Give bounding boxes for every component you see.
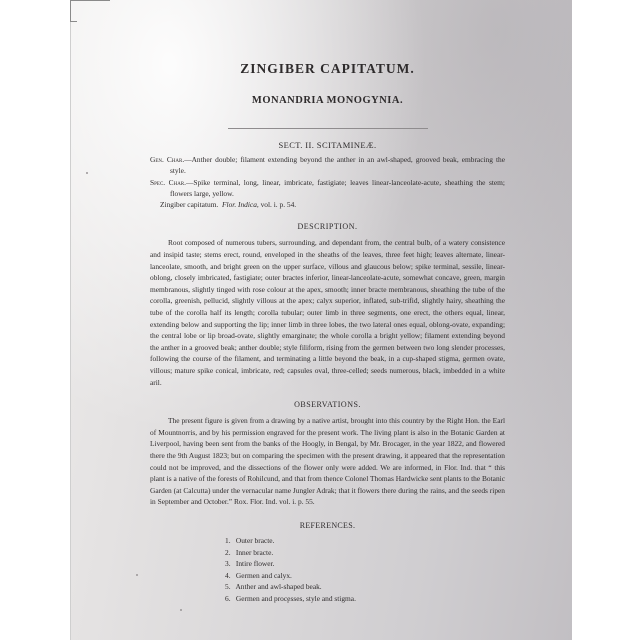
reference-item: 3. Intire flower. <box>225 558 505 570</box>
reference-item: 6. Germen and processes, style and stigm… <box>225 593 505 605</box>
page-corner-mark <box>70 0 77 22</box>
reference-text: Anther and awl-shaped beak. <box>235 582 321 591</box>
reference-number: 1. <box>225 535 234 547</box>
observations-heading: OBSERVATIONS. <box>150 399 505 411</box>
reference-item: 4. Germen and calyx. <box>225 570 505 582</box>
citation-ref: vol. i. p. 54. <box>261 200 297 209</box>
paper-speck <box>180 609 182 611</box>
generic-character: Gen. Char.—Anther double; filament exten… <box>150 154 505 177</box>
reference-number: 2. <box>225 547 234 559</box>
citation: Zingiber capitatum. Flor. Indica, vol. i… <box>150 199 505 210</box>
characters-block: Gen. Char.—Anther double; filament exten… <box>150 154 505 210</box>
specific-character: Spec. Char.—Spike terminal, long, linear… <box>150 177 505 200</box>
reference-item: 2. Inner bracte. <box>225 547 505 559</box>
reference-number: 6. <box>225 593 234 605</box>
reference-item: 1. Outer bracte. <box>225 535 505 547</box>
description-heading: DESCRIPTION. <box>150 221 505 233</box>
title-divider <box>228 128 428 129</box>
references-list: 1. Outer bracte. 2. Inner bracte. 3. Int… <box>225 535 505 605</box>
citation-name: Zingiber capitatum. <box>160 200 218 209</box>
paper-speck <box>86 172 88 174</box>
spec-char-label: Spec. Char. <box>150 178 186 187</box>
section-heading: SECT. II. SCITAMINEÆ. <box>150 139 505 151</box>
reference-text: Germen and processes, style and stigma. <box>236 594 356 603</box>
spec-char-text: —Spike terminal, long, linear, imbricate… <box>170 178 505 198</box>
page-title: ZINGIBER CAPITATUM. <box>150 60 505 78</box>
reference-text: Intire flower. <box>236 559 275 568</box>
paper-speck <box>136 574 138 576</box>
reference-item: 5. Anther and awl-shaped beak. <box>225 581 505 593</box>
reference-number: 4. <box>225 570 234 582</box>
reference-number: 5. <box>225 581 234 593</box>
reference-text: Outer bracte. <box>236 536 275 545</box>
gen-char-text: —Anther double; filament extending beyon… <box>170 155 505 175</box>
photo-stage: ZINGIBER CAPITATUM. MONANDRIA MONOGYNIA.… <box>0 0 640 640</box>
description-text: Root composed of numerous tubers, surrou… <box>150 237 505 388</box>
gen-char-label: Gen. Char. <box>150 155 184 164</box>
reference-text: Inner bracte. <box>236 548 273 557</box>
page-subtitle: MONANDRIA MONOGYNIA. <box>150 94 505 108</box>
observations-text: The present figure is given from a drawi… <box>150 415 505 508</box>
reference-number: 3. <box>225 558 234 570</box>
reference-text: Germen and calyx. <box>236 571 292 580</box>
references-heading: REFERENCES. <box>150 520 505 532</box>
citation-source: Flor. Indica, <box>222 200 259 209</box>
page-content: ZINGIBER CAPITATUM. MONANDRIA MONOGYNIA.… <box>150 60 505 605</box>
